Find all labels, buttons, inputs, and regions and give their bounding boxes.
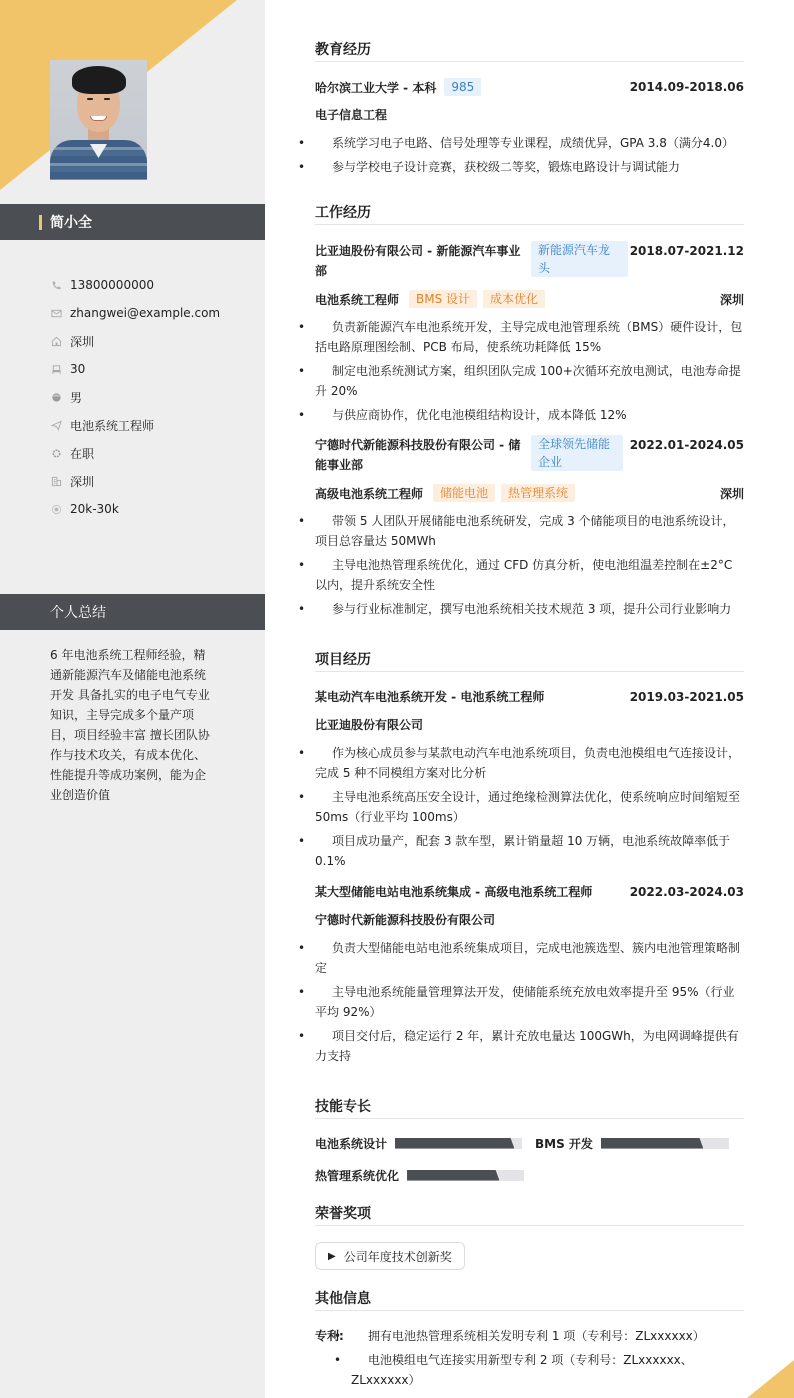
- info-age: 30: [50, 355, 260, 383]
- school-tag: 985: [444, 78, 481, 96]
- job-bullets: 带领 5 人团队开展储能电池系统研发，完成 3 个储能项目的电池系统设计，项目总…: [315, 511, 744, 619]
- company-name: 比亚迪股份有限公司 - 新能源汽车事业部: [315, 241, 527, 281]
- list-item: 作为核心成员参与某款电动汽车电池系统项目，负责电池模组电气连接设计，完成 5 种…: [315, 743, 744, 783]
- list-item: 主导电池系统能量管理算法开发，使储能系统充放电效率提升至 95%（行业平均 92…: [315, 982, 744, 1022]
- skill-tag: 成本优化: [483, 290, 545, 308]
- job-role: 高级电池系统工程师: [315, 485, 423, 502]
- job-icon: [50, 419, 62, 431]
- project-entry: 某电动汽车电池系统开发 - 电池系统工程师 2019.03-2021.05 比亚…: [315, 687, 744, 871]
- list-item: 参与行业标准制定，撰写电池系统相关技术规范 3 项，提升公司行业影响力: [315, 599, 744, 619]
- project-period: 2022.03-2024.03: [630, 882, 744, 902]
- list-item: 主导电池系统高压安全设计，通过绝缘检测算法优化，使系统响应时间缩短至 50ms（…: [315, 787, 744, 827]
- projects-section: 项目经历 某电动汽车电池系统开发 - 电池系统工程师 2019.03-2021.…: [315, 651, 744, 1070]
- name-header: 简小全: [0, 204, 265, 240]
- section-title: 荣誉奖项: [315, 1205, 744, 1226]
- section-title: 教育经历: [315, 41, 744, 62]
- job-city: 深圳: [720, 485, 744, 502]
- salary-icon: [50, 503, 62, 515]
- skill-fill: [601, 1138, 703, 1149]
- list-item: 主导电池热管理系统优化，通过 CFD 仿真分析，使电池组温差控制在±2°C以内，…: [315, 555, 744, 595]
- skills-section: 技能专长 电池系统设计 BMS 开发 热管理系统优化: [315, 1098, 744, 1185]
- section-title: 项目经历: [315, 651, 744, 672]
- avatar: [50, 60, 147, 180]
- triangle-right-icon: ▶: [328, 1251, 336, 1262]
- section-title: 技能专长: [315, 1098, 744, 1119]
- project-name: 某电动汽车电池系统开发 - 电池系统工程师: [315, 687, 544, 707]
- info-email: zhangwei@example.com: [50, 299, 260, 327]
- list-item: 负责大型储能电站电池系统集成项目，完成电池簇选型、簇内电池管理策略制定: [315, 938, 744, 978]
- company-name: 宁德时代新能源科技股份有限公司 - 储能事业部: [315, 435, 527, 475]
- major: 电子信息工程: [315, 105, 744, 125]
- skill-item: 热管理系统优化: [315, 1165, 524, 1185]
- project-bullets: 负责大型储能电站电池系统集成项目，完成电池簇选型、簇内电池管理策略制定 主导电池…: [315, 938, 744, 1066]
- project-bullets: 作为核心成员参与某款电动汽车电池系统项目，负责电池模组电气连接设计，完成 5 种…: [315, 743, 744, 871]
- summary-header: 个人总结: [0, 594, 265, 630]
- skill-fill: [395, 1138, 514, 1149]
- job-entry: 比亚迪股份有限公司 - 新能源汽车事业部 新能源汽车龙头 2018.07-202…: [315, 241, 744, 425]
- mail-icon: [50, 307, 62, 319]
- skill-bar: [601, 1138, 729, 1149]
- skill-item: 电池系统设计: [315, 1133, 522, 1153]
- list-item: 带领 5 人团队开展储能电池系统研发，完成 3 个储能项目的电池系统设计，项目总…: [315, 511, 744, 551]
- job-role: 电池系统工程师: [315, 291, 399, 308]
- info-status: 在职: [50, 439, 260, 467]
- job-city: 深圳: [720, 291, 744, 308]
- list-item: 与供应商协作，优化电池模组结构设计，成本降低 12%: [315, 405, 744, 425]
- list-item: 电池模组电气连接实用新型专利 2 项（专利号：ZLxxxxxx、ZLxxxxxx…: [351, 1350, 744, 1390]
- job-bullets: 负责新能源汽车电池系统开发，主导完成电池管理系统（BMS）硬件设计，包括电路原理…: [315, 317, 744, 425]
- skill-bar: [395, 1138, 522, 1149]
- section-title: 其他信息: [315, 1290, 744, 1311]
- age-icon: [50, 363, 62, 375]
- work-section: 工作经历 比亚迪股份有限公司 - 新能源汽车事业部 新能源汽车龙头 2018.0…: [315, 204, 744, 623]
- list-item: 参与学校电子设计竞赛，获校级二等奖，锻炼电路设计与调试能力: [315, 157, 744, 177]
- gender-icon: [50, 391, 62, 403]
- list-item: 负责新能源汽车电池系统开发，主导完成电池管理系统（BMS）硬件设计，包括电路原理…: [315, 317, 744, 357]
- company-tag: 全球领先储能企业: [531, 435, 623, 471]
- skill-fill: [407, 1170, 499, 1181]
- school-name: 哈尔滨工业大学 - 本科: [315, 79, 436, 96]
- skill-tag: 热管理系统: [501, 484, 575, 502]
- project-name: 某大型储能电站电池系统集成 - 高级电池系统工程师: [315, 882, 592, 902]
- list-item: 系统学习电子电路、信号处理等专业课程，成绩优异，GPA 3.8（满分4.0）: [315, 133, 744, 153]
- info-position: 电池系统工程师: [50, 411, 260, 439]
- skill-tag: BMS 设计: [409, 290, 477, 308]
- patent-list: 拥有电池热管理系统相关发明专利 1 项（专利号：ZLxxxxxx） 电池模组电气…: [351, 1326, 744, 1394]
- info-city: 深圳: [50, 467, 260, 495]
- city-icon: [50, 475, 62, 487]
- summary-text: 6 年电池系统工程师经验，精通新能源汽车及储能电池系统开发 具备扎实的电子电气专…: [50, 645, 212, 805]
- list-item: 制定电池系统测试方案，组织团队完成 100+次循环充放电测试，电池寿命提升 20…: [315, 361, 744, 401]
- job-period: 2018.07-2021.12: [630, 241, 744, 261]
- info-gender: 男: [50, 383, 260, 411]
- list-item: 项目交付后，稳定运行 2 年，累计充放电量达 100GWh，为电网调峰提供有力支…: [315, 1026, 744, 1066]
- education-bullets: 系统学习电子电路、信号处理等专业课程，成绩优异，GPA 3.8（满分4.0） 参…: [315, 133, 744, 177]
- list-item: 拥有电池热管理系统相关发明专利 1 项（专利号：ZLxxxxxx）: [351, 1326, 744, 1346]
- project-company: 宁德时代新能源科技股份有限公司: [315, 910, 744, 930]
- awards-section: 荣誉奖项 ▶ 公司年度技术创新奖: [315, 1205, 744, 1270]
- education-section: 教育经历 哈尔滨工业大学 - 本科 985 2014.09-2018.06 电子…: [315, 41, 744, 181]
- section-title: 工作经历: [315, 204, 744, 225]
- education-period: 2014.09-2018.06: [630, 80, 744, 94]
- skill-item: BMS 开发: [535, 1133, 729, 1153]
- candidate-name: 简小全: [50, 212, 92, 232]
- contact-info-list: 13800000000 zhangwei@example.com 深圳 30 男…: [50, 271, 260, 523]
- project-company: 比亚迪股份有限公司: [315, 715, 744, 735]
- decorative-corner-triangle: [747, 1360, 794, 1398]
- project-period: 2019.03-2021.05: [630, 687, 744, 707]
- sidebar: 简小全 13800000000 zhangwei@example.com 深圳 …: [0, 0, 265, 1398]
- award-item-toggle[interactable]: ▶ 公司年度技术创新奖: [315, 1242, 465, 1270]
- project-entry: 某大型储能电站电池系统集成 - 高级电池系统工程师 2022.03-2024.0…: [315, 882, 744, 1066]
- job-period: 2022.01-2024.05: [630, 435, 744, 455]
- skill-bar: [407, 1170, 524, 1181]
- info-phone: 13800000000: [50, 271, 260, 299]
- home-icon: [50, 335, 62, 347]
- info-location: 深圳: [50, 327, 260, 355]
- name-accent: [39, 215, 42, 230]
- company-tag: 新能源汽车龙头: [531, 241, 628, 277]
- info-salary: 20k-30k: [50, 495, 260, 523]
- other-info-section: 其他信息 专利: 拥有电池热管理系统相关发明专利 1 项（专利号：ZLxxxxx…: [315, 1290, 744, 1394]
- phone-icon: [50, 279, 62, 291]
- status-icon: [50, 447, 62, 459]
- list-item: 项目成功量产，配套 3 款车型，累计销量超 10 万辆，电池系统故障率低于 0.…: [315, 831, 744, 871]
- job-entry: 宁德时代新能源科技股份有限公司 - 储能事业部 全球领先储能企业 2022.01…: [315, 435, 744, 619]
- skill-tag: 储能电池: [433, 484, 495, 502]
